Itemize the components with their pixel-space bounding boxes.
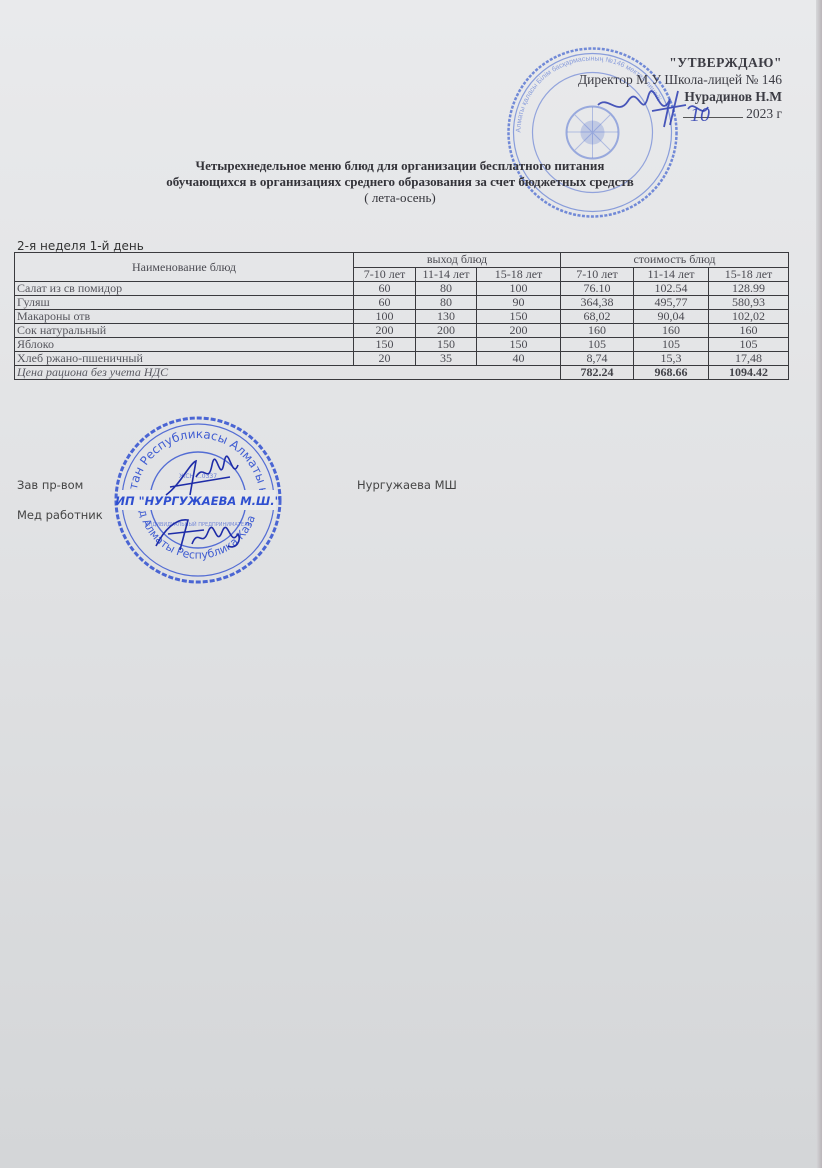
approval-position: Директор М У Школа-лицей № 146 <box>578 71 782 88</box>
cost-age-1: 8,74 <box>561 352 634 366</box>
total-row: Цена рациона без учета НДС 782.24 968.66… <box>15 366 789 380</box>
header-output-age-3: 15-18 лет <box>477 267 561 282</box>
cost-age-3: 160 <box>709 324 789 338</box>
total-label: Цена рациона без учета НДС <box>15 366 561 380</box>
output-age-1: 150 <box>354 338 416 352</box>
cost-age-2: 90,04 <box>634 310 709 324</box>
approval-block: "УТВЕРЖДАЮ" Директор М У Школа-лицей № 1… <box>578 54 782 122</box>
heading-line-1: Четырехнедельное меню блюд для организац… <box>100 158 700 174</box>
output-age-2: 200 <box>416 324 477 338</box>
menu-table-body: Салат из св помидор608010076.10102.54128… <box>15 282 789 366</box>
output-age-2: 80 <box>416 282 477 296</box>
cost-age-1: 364,38 <box>561 296 634 310</box>
output-age-1: 20 <box>354 352 416 366</box>
output-age-2: 130 <box>416 310 477 324</box>
table-row: Гуляш608090364,38495,77580,93 <box>15 296 789 310</box>
cost-age-2: 15,3 <box>634 352 709 366</box>
cost-age-3: 105 <box>709 338 789 352</box>
svg-text:город Алматы Республика Казахс: город Алматы Республика Казахстан <box>112 414 258 562</box>
header-output-group: выход блюд <box>354 253 561 268</box>
output-age-1: 100 <box>354 310 416 324</box>
output-age-3: 150 <box>477 310 561 324</box>
total-cost-age-3: 1094.42 <box>709 366 789 380</box>
cost-age-1: 68,02 <box>561 310 634 324</box>
output-age-1: 60 <box>354 296 416 310</box>
table-row: Хлеб ржано-пшеничный2035408,7415,317,48 <box>15 352 789 366</box>
total-cost-age-2: 968.66 <box>634 366 709 380</box>
supplier-seal-stamp: Казахстан Республикасы Алматы қаласы гор… <box>112 414 284 586</box>
cost-age-2: 160 <box>634 324 709 338</box>
svg-text:ИНДИВИДУАЛЬНЫЙ ПРЕДПРИНИМАТЕЛЬ: ИНДИВИДУАЛЬНЫЙ ПРЕДПРИНИМАТЕЛЬ <box>145 521 252 528</box>
svg-text:Казахстан Республикасы Алматы: Казахстан Республикасы Алматы қаласы <box>112 414 271 502</box>
header-cost-age-2: 11-14 лет <box>634 267 709 282</box>
table-row: Салат из св помидор608010076.10102.54128… <box>15 282 789 296</box>
cost-age-3: 128.99 <box>709 282 789 296</box>
output-age-2: 80 <box>416 296 477 310</box>
output-age-3: 150 <box>477 338 561 352</box>
approval-title: "УТВЕРЖДАЮ" <box>578 54 782 71</box>
dish-name: Салат из св помидор <box>15 282 354 296</box>
output-age-3: 40 <box>477 352 561 366</box>
document-heading: Четырехнедельное меню блюд для организац… <box>100 158 700 206</box>
cost-age-2: 102.54 <box>634 282 709 296</box>
output-age-1: 200 <box>354 324 416 338</box>
header-cost-age-1: 7-10 лет <box>561 267 634 282</box>
cost-age-2: 495,77 <box>634 296 709 310</box>
head-of-production-name: Нургужаева МШ <box>357 478 457 492</box>
table-row: Яблоко150150150105105105 <box>15 338 789 352</box>
cost-age-1: 105 <box>561 338 634 352</box>
header-dish-name: Наименование блюд <box>15 253 354 282</box>
table-row: Сок натуральный200200200160160160 <box>15 324 789 338</box>
cost-age-3: 17,48 <box>709 352 789 366</box>
header-output-age-2: 11-14 лет <box>416 267 477 282</box>
svg-text:ИП "НУРГУЖАЕВА М.Ш.": ИП "НУРГУЖАЕВА М.Ш." <box>115 494 280 508</box>
dish-name: Гуляш <box>15 296 354 310</box>
cost-age-1: 160 <box>561 324 634 338</box>
period-label: 2-я неделя 1-й день <box>17 239 144 253</box>
output-age-3: 90 <box>477 296 561 310</box>
med-signature <box>148 510 248 555</box>
head-signature <box>160 455 250 500</box>
svg-text:ЖСН ...0337: ЖСН ...0337 <box>179 473 217 480</box>
menu-table: Наименование блюд выход блюд стоимость б… <box>14 252 789 380</box>
dish-name: Яблоко <box>15 338 354 352</box>
medical-worker-label: Мед работник <box>17 508 103 522</box>
output-age-3: 200 <box>477 324 561 338</box>
output-age-1: 60 <box>354 282 416 296</box>
header-cost-group: стоимость блюд <box>561 253 789 268</box>
cost-age-3: 580,93 <box>709 296 789 310</box>
heading-line-2: обучающихся в организациях среднего обра… <box>100 174 700 190</box>
table-row: Макароны отв10013015068,0290,04102,02 <box>15 310 789 324</box>
cost-age-1: 76.10 <box>561 282 634 296</box>
output-age-3: 100 <box>477 282 561 296</box>
cost-age-3: 102,02 <box>709 310 789 324</box>
dish-name: Макароны отв <box>15 310 354 324</box>
head-of-production-label: Зав пр-вом <box>17 478 83 492</box>
output-age-2: 150 <box>416 338 477 352</box>
approval-date: 2023 г <box>578 105 782 122</box>
header-output-age-1: 7-10 лет <box>354 267 416 282</box>
dish-name: Сок натуральный <box>15 324 354 338</box>
cost-age-2: 105 <box>634 338 709 352</box>
approval-name: Нурадинов Н.М <box>578 88 782 105</box>
total-cost-age-1: 782.24 <box>561 366 634 380</box>
dish-name: Хлеб ржано-пшеничный <box>15 352 354 366</box>
header-cost-age-3: 15-18 лет <box>709 267 789 282</box>
heading-line-3: ( лета-осень) <box>100 190 700 206</box>
output-age-2: 35 <box>416 352 477 366</box>
page-edge <box>816 0 822 1168</box>
